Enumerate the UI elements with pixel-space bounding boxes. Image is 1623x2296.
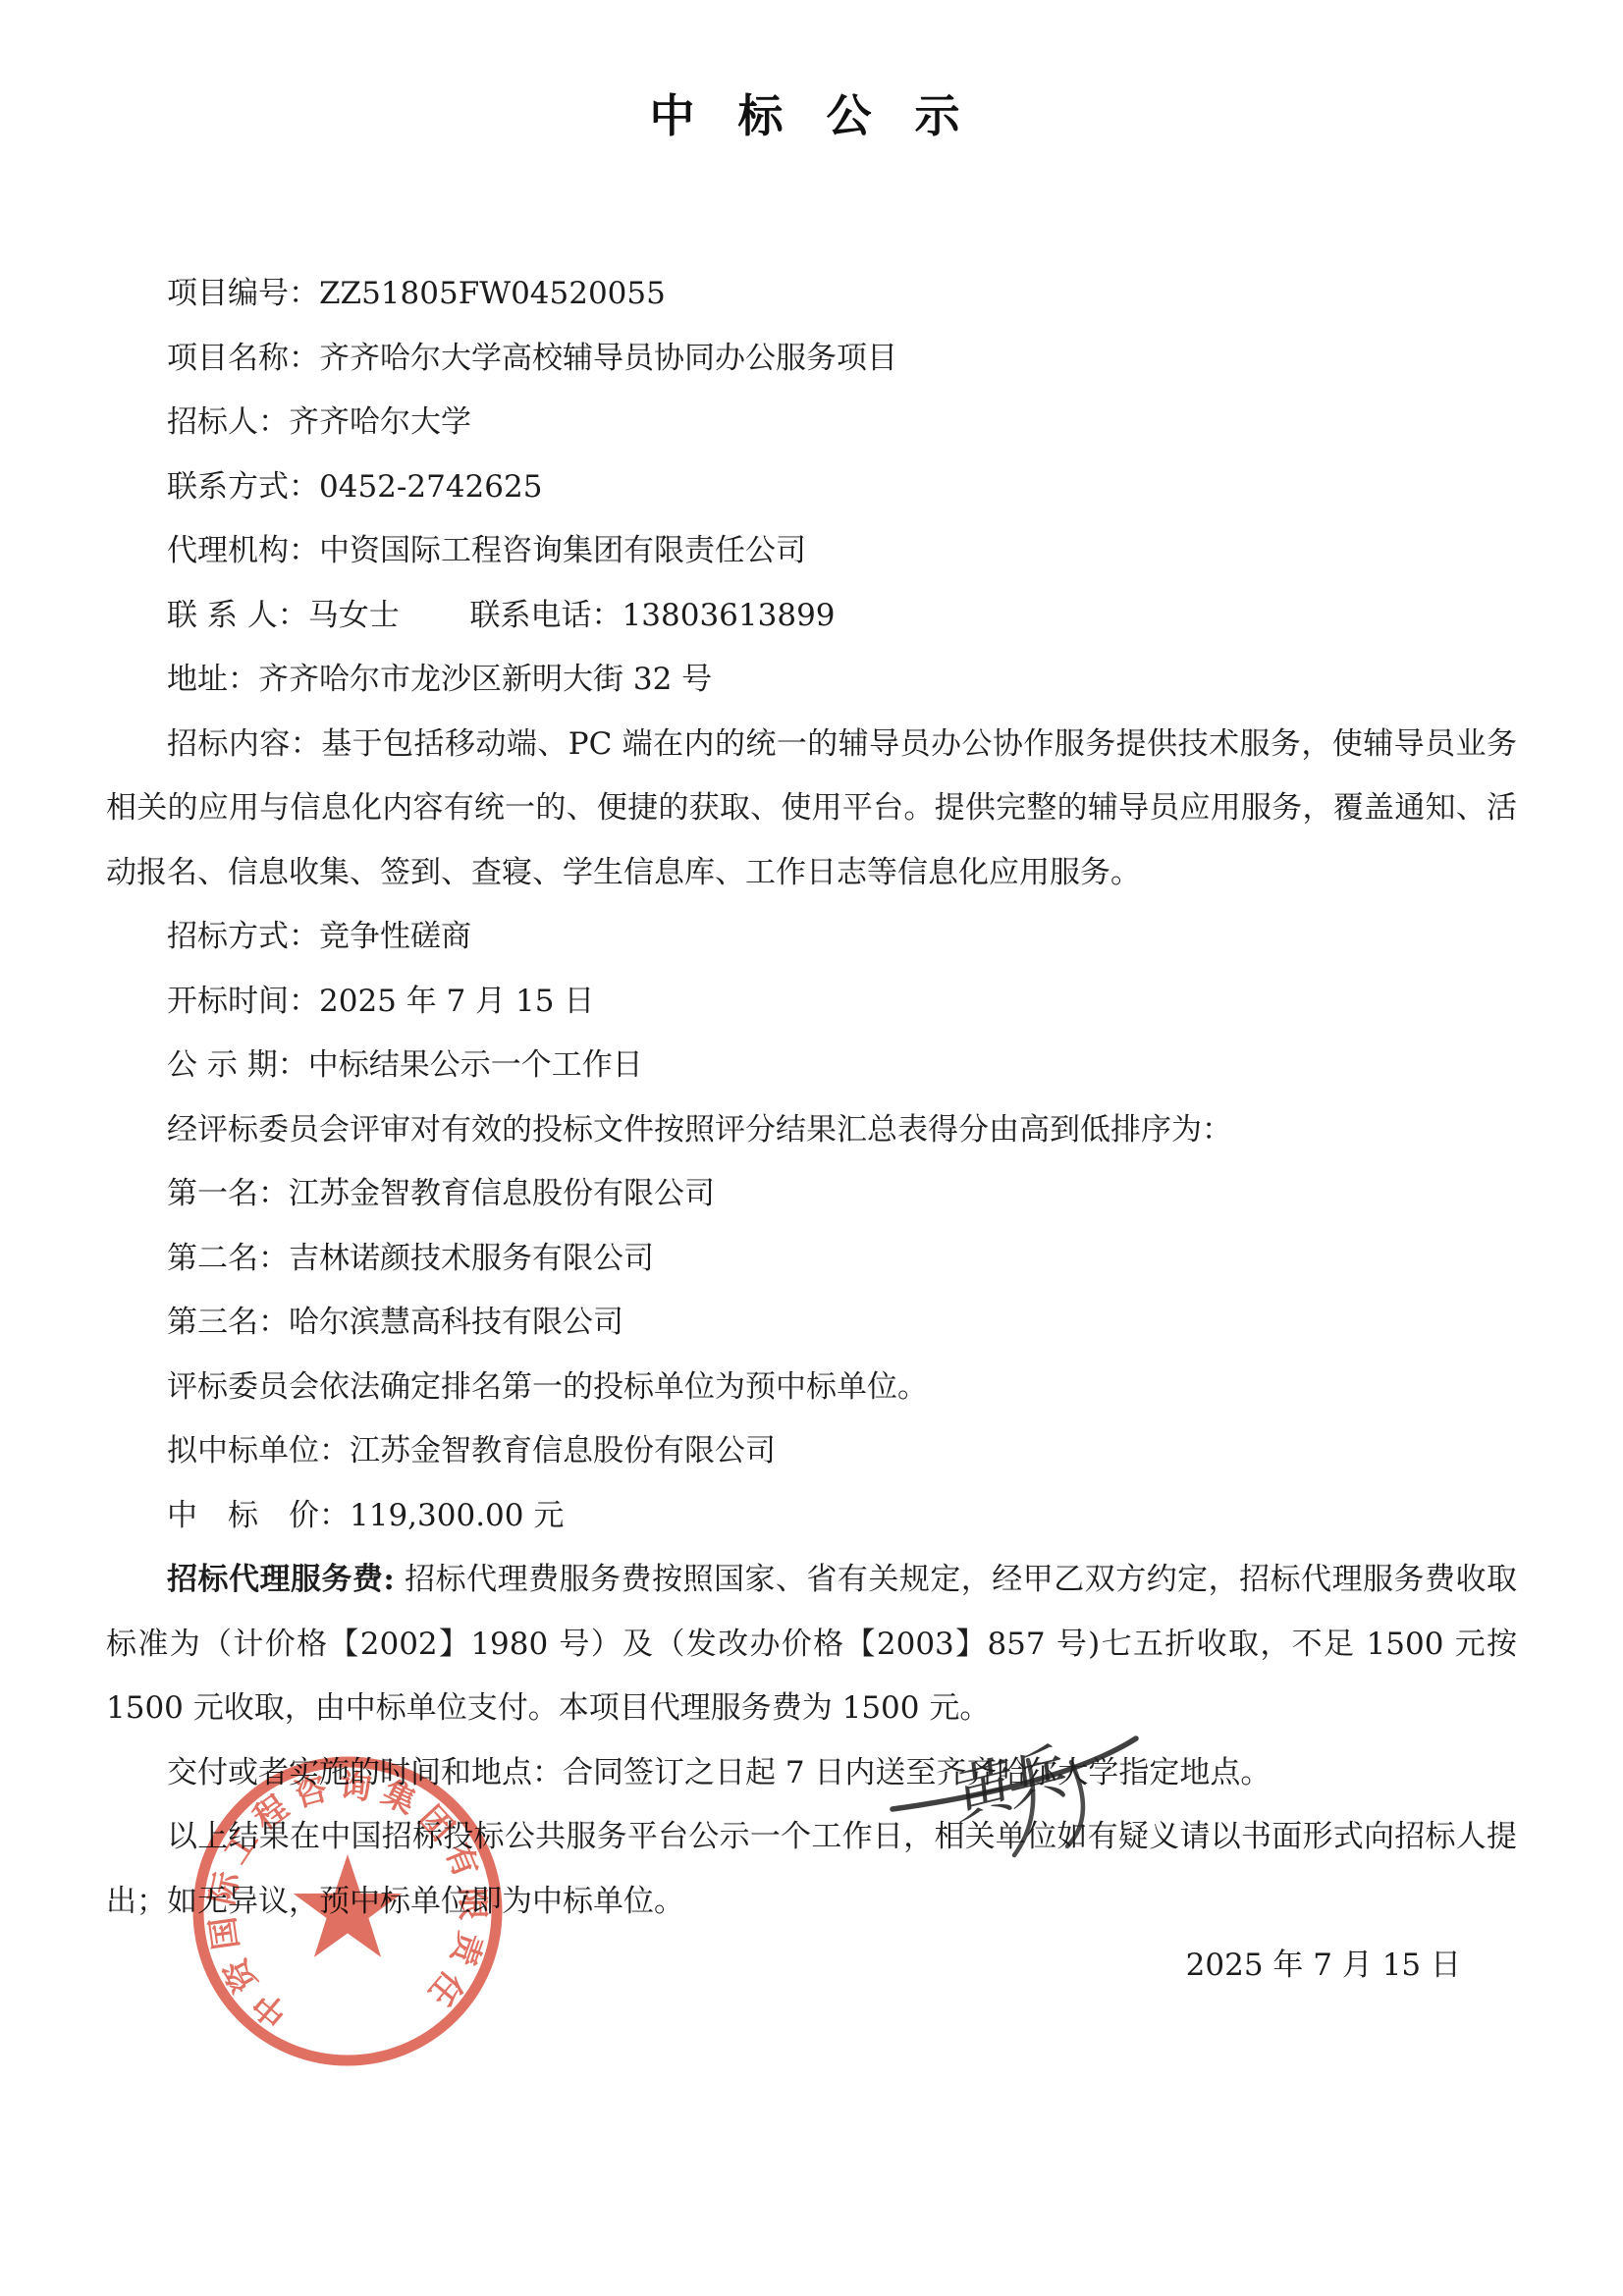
page-title: 中 标 公 示 xyxy=(0,86,1623,145)
contact-person-line: 联 系 人：马女士 联系电话：13803613899 xyxy=(106,584,1517,649)
proposed-winner-line: 拟中标单位：江苏金智教育信息股份有限公司 xyxy=(106,1419,1517,1484)
ranking-third-line: 第三名：哈尔滨慧高科技有限公司 xyxy=(106,1291,1517,1356)
delivery-line: 交付或者实施的时间和地点：合同签订之日起 7 日内送至齐齐哈尔大学指定地点。 xyxy=(106,1741,1517,1806)
project-number-line: 项目编号：ZZ51805FW04520055 xyxy=(106,262,1517,327)
tenderee-line: 招标人：齐齐哈尔大学 xyxy=(106,391,1517,455)
agency-fee-paragraph: 招标代理服务费: 招标代理费服务费按照国家、省有关规定，经甲乙双方约定，招标代理… xyxy=(106,1548,1517,1741)
agency-fee-label: 招标代理服务费: xyxy=(167,1562,395,1597)
ranking-second-line: 第二名：吉林诺颜技术服务有限公司 xyxy=(106,1227,1517,1292)
tender-method-line: 招标方式：竞争性磋商 xyxy=(106,905,1517,970)
closing-paragraph: 以上结果在中国招标投标公共服务平台公示一个工作日，相关单位如有疑义请以书面形式向… xyxy=(106,1805,1517,1934)
address-line: 地址：齐齐哈尔市龙沙区新明大街 32 号 xyxy=(106,648,1517,713)
agency-line: 代理机构：中资国际工程咨询集团有限责任公司 xyxy=(106,519,1517,584)
announcement-page: 中 标 公 示 项目编号：ZZ51805FW04520055 项目名称：齐齐哈尔… xyxy=(0,0,1623,2296)
document-body: 项目编号：ZZ51805FW04520055 项目名称：齐齐哈尔大学高校辅导员协… xyxy=(106,262,1517,1999)
ranking-intro-line: 经评标委员会评审对有效的投标文件按照评分结果汇总表得分由高到低排序为： xyxy=(106,1098,1517,1163)
committee-decision-line: 评标委员会依法确定排名第一的投标单位为预中标单位。 xyxy=(106,1356,1517,1420)
contact-line: 联系方式：0452-2742625 xyxy=(106,455,1517,520)
bid-opening-time-line: 开标时间：2025 年 7 月 15 日 xyxy=(106,970,1517,1035)
ranking-first-line: 第一名：江苏金智教育信息股份有限公司 xyxy=(106,1162,1517,1227)
publicity-period-line: 公 示 期：中标结果公示一个工作日 xyxy=(106,1034,1517,1098)
winning-price-line: 中 标 价：119,300.00 元 xyxy=(106,1484,1517,1549)
tender-content-paragraph: 招标内容：基于包括移动端、PC 端在内的统一的辅导员办公协作服务提供技术服务，使… xyxy=(106,713,1517,906)
project-name-line: 项目名称：齐齐哈尔大学高校辅导员协同办公服务项目 xyxy=(106,327,1517,392)
document-date: 2025 年 7 月 15 日 xyxy=(106,1934,1517,1999)
